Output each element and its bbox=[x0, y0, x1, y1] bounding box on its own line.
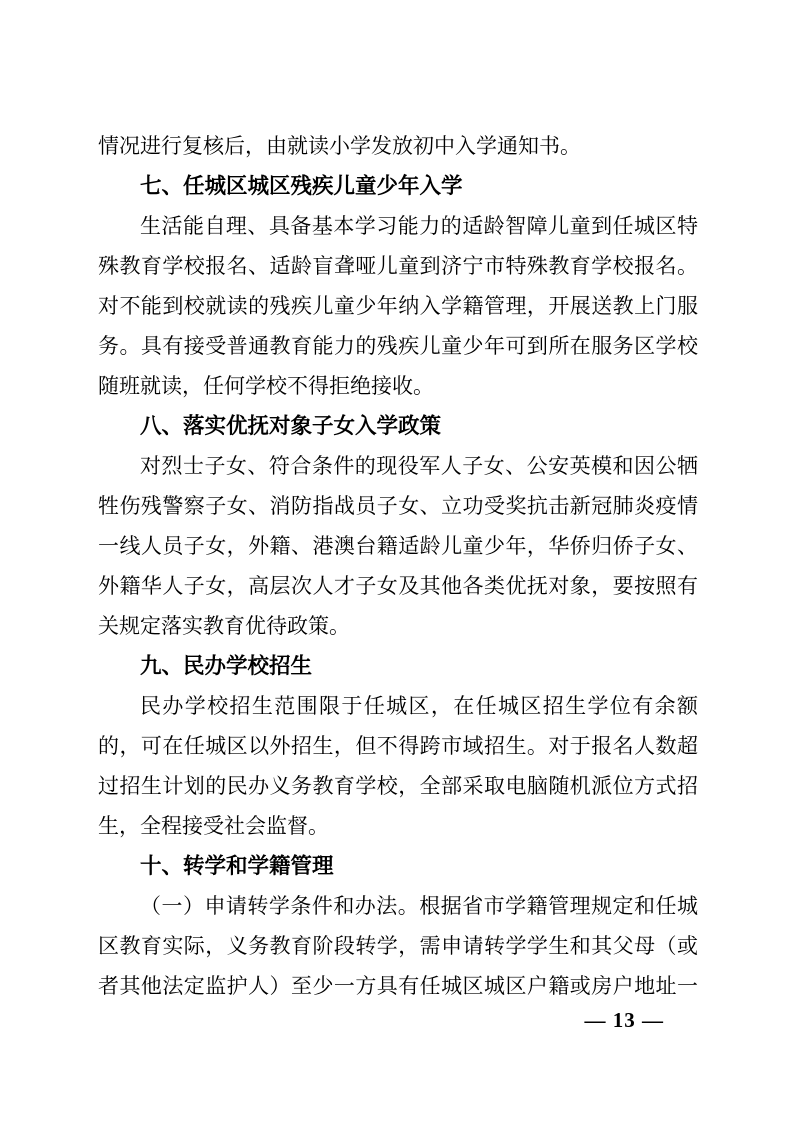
text-line: 务。具有接受普通教育能力的残疾儿童少年可到所在服务区学校 bbox=[98, 326, 698, 366]
text-line: 随班就读，任何学校不得拒绝接收。 bbox=[98, 366, 698, 406]
text-line: 关规定落实教育优待政策。 bbox=[98, 606, 698, 646]
section-heading: 十、转学和学籍管理 bbox=[98, 846, 698, 886]
text-line: 区教育实际，义务教育阶段转学，需申请转学学生和其父母（或 bbox=[98, 926, 698, 966]
text-line: 牲伤残警察子女、消防指战员子女、立功受奖抗击新冠肺炎疫情 bbox=[98, 486, 698, 526]
text-line: 外籍华人子女，高层次人才子女及其他各类优抚对象，要按照有 bbox=[98, 566, 698, 606]
text-line: 者其他法定监护人）至少一方具有任城区城区户籍或房户地址一 bbox=[98, 966, 698, 1006]
section-heading: 九、民办学校招生 bbox=[98, 646, 698, 686]
document-page: 情况进行复核后，由就读小学发放初中入学通知书。七、任城区城区残疾儿童少年入学生活… bbox=[0, 0, 794, 1123]
section-heading: 八、落实优抚对象子女入学政策 bbox=[98, 406, 698, 446]
text-line: 殊教育学校报名、适龄盲聋哑儿童到济宁市特殊教育学校报名。 bbox=[98, 246, 698, 286]
document-body: 情况进行复核后，由就读小学发放初中入学通知书。七、任城区城区残疾儿童少年入学生活… bbox=[98, 126, 698, 1006]
text-line: 对不能到校就读的残疾儿童少年纳入学籍管理，开展送教上门服 bbox=[98, 286, 698, 326]
text-line: 生，全程接受社会监督。 bbox=[98, 806, 698, 846]
text-line: 民办学校招生范围限于任城区，在任城区招生学位有余额 bbox=[98, 686, 698, 726]
section-heading: 七、任城区城区残疾儿童少年入学 bbox=[98, 166, 698, 206]
text-line: 过招生计划的民办义务教育学校，全部采取电脑随机派位方式招 bbox=[98, 766, 698, 806]
text-line: 情况进行复核后，由就读小学发放初中入学通知书。 bbox=[98, 126, 698, 166]
text-line: 对烈士子女、符合条件的现役军人子女、公安英模和因公牺 bbox=[98, 446, 698, 486]
text-line: 生活能自理、具备基本学习能力的适龄智障儿童到任城区特 bbox=[98, 206, 698, 246]
page-number: — 13 — bbox=[585, 1004, 665, 1036]
text-line: 一线人员子女，外籍、港澳台籍适龄儿童少年，华侨归侨子女、 bbox=[98, 526, 698, 566]
text-line: 的，可在任城区以外招生，但不得跨市域招生。对于报名人数超 bbox=[98, 726, 698, 766]
text-line: （一）申请转学条件和办法。根据省市学籍管理规定和任城 bbox=[98, 886, 698, 926]
